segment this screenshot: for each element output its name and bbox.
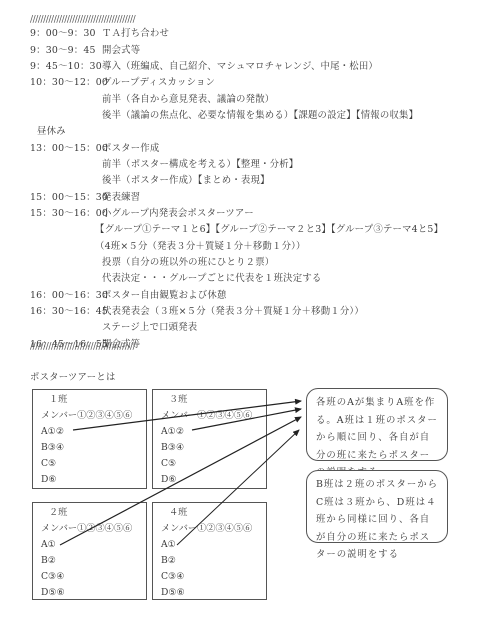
schedule-text: ポスター作成: [102, 143, 159, 154]
schedule-text: 前半（ポスター構成を考える）【整理・分析】: [102, 159, 298, 170]
schedule-time: 9：00〜9：30: [30, 26, 102, 42]
schedule-text: ＴＡ打ち合わせ: [102, 28, 169, 39]
schedule-row: 後半（議論の焦点化、必要な情報を集める）【課題の設定】【情報の収集】: [30, 108, 418, 124]
schedule-time: 9：30〜9：45: [30, 43, 102, 59]
schedule-time: 15：00〜15：30: [30, 190, 102, 206]
schedule-row: 投票（自分の班以外の班にひとり２票）: [30, 255, 274, 271]
poster-tour-heading: ポスターツアーとは: [30, 370, 116, 386]
schedule-text: ポスター自由観覧および休憩: [102, 290, 226, 301]
group-role-c: C③④: [41, 570, 65, 584]
group-role-b: B③④: [41, 441, 64, 455]
schedule-text: グループディスカッション: [102, 77, 215, 88]
group-role-a: A①: [161, 538, 176, 552]
group-role-d: D⑤⑥: [41, 586, 65, 600]
schedule-time: 10：30〜12：00: [30, 75, 102, 91]
schedule-text: 前半（各自から意見発表、議論の発散）: [102, 94, 274, 105]
schedule-row: 9：30〜9：45開会式等: [30, 43, 140, 59]
schedule-text: 導入（班編成、自己紹介、マシュマロチャレンジ、中尾・松田）: [102, 61, 378, 72]
schedule-text: 後半（ポスター作成）【まとめ・表現】: [102, 175, 270, 186]
schedule-text: 昼休み: [37, 126, 66, 137]
schedule-row: 10：30〜12：00グループディスカッション: [30, 75, 215, 91]
schedule-row: 9：45〜10：30導入（班編成、自己紹介、マシュマロチャレンジ、中尾・松田）: [30, 59, 378, 75]
schedule-text: 投票（自分の班以外の班にひとり２票）: [102, 257, 274, 268]
group-role-c: C⑤: [41, 457, 56, 471]
schedule-text: ステージ上で口頭発表: [102, 322, 197, 333]
group-role-d: D⑥: [161, 473, 177, 487]
group-name: １班: [49, 393, 67, 407]
schedule-time: 16：00〜16：30: [30, 288, 102, 304]
group-role-c: C③④: [161, 570, 185, 584]
group-role-c: C⑤: [161, 457, 176, 471]
schedule-row: 代表決定・・・グループごとに代表を１班決定する: [30, 271, 321, 287]
divider-bottom: ////////////////////////////////////////: [30, 339, 135, 355]
group-name: ３班: [169, 393, 187, 407]
schedule-row: 15：00〜15：30発表練習: [30, 190, 140, 206]
group-role-a: A①②: [161, 425, 184, 439]
group-role-b: B③④: [161, 441, 184, 455]
note-a-group: 各班のAが集まりA班を作る。A班は１班のポスターから順に回り、各自が自分の班に来…: [306, 388, 448, 461]
group-members: メンバー①②③④⑤⑥: [161, 409, 252, 423]
schedule-row: 16：00〜16：30ポスター自由観覧および休憩: [30, 288, 226, 304]
schedule-row: 16：30〜16：45代表発表会（３班×５分（発表３分＋質疑１分＋移動１分））: [30, 304, 364, 320]
schedule-time: 15：30〜16：00: [30, 206, 102, 222]
schedule-row: 前半（ポスター構成を考える）【整理・分析】: [30, 157, 298, 173]
schedule-row: 13：00〜15：00ポスター作成: [30, 141, 159, 157]
note-bcd-groups: B班は２班のポスターからC班は３班から、D班は４班から同様に回り、各自が自分の班…: [306, 470, 448, 543]
schedule-row: 後半（ポスター作成）【まとめ・表現】: [30, 173, 270, 189]
group-role-d: D⑥: [41, 473, 57, 487]
group-members: メンバー①②③④⑤⑥: [161, 522, 252, 536]
group-box-4: ４班 メンバー①②③④⑤⑥ A① B② C③④ D⑤⑥: [152, 502, 267, 600]
schedule-time: 9：45〜10：30: [30, 59, 102, 75]
document-page: ////////////////////////////////////////…: [0, 0, 490, 640]
group-role-a: A①②: [41, 425, 64, 439]
group-members: メンバー①②③④⑤⑥: [41, 522, 132, 536]
schedule-time: 13：00〜15：00: [30, 141, 102, 157]
lunch-break: 昼休み: [37, 124, 66, 140]
group-members: メンバー①②③④⑤⑥: [41, 409, 132, 423]
schedule-time: 16：30〜16：45: [30, 304, 102, 320]
group-role-a: A①: [41, 538, 56, 552]
schedule-text: 発表練習: [102, 192, 140, 203]
group-box-1: １班 メンバー①②③④⑤⑥ A①② B③④ C⑤ D⑥: [32, 389, 147, 489]
group-role-b: B②: [161, 554, 176, 568]
group-box-2: ２班 メンバー①②③④⑤⑥ A① B② C③④ D⑤⑥: [32, 502, 147, 600]
schedule-row: 15：30〜16：00小グループ内発表会ポスターツアー: [30, 206, 254, 222]
schedule-text: 開会式等: [102, 45, 140, 56]
schedule-text: 小グループ内発表会ポスターツアー: [102, 208, 254, 219]
group-name: ４班: [169, 506, 187, 520]
schedule-row: 9：00〜9：30ＴＡ打ち合わせ: [30, 26, 169, 42]
group-role-b: B②: [41, 554, 56, 568]
group-name: ２班: [49, 506, 67, 520]
schedule-row: ステージ上で口頭発表: [30, 320, 197, 336]
schedule-row: 前半（各自から意見発表、議論の発散）: [30, 92, 274, 108]
group-box-3: ３班 メンバー①②③④⑤⑥ A①② B③④ C⑤ D⑥: [152, 389, 267, 489]
schedule-text: 代表発表会（３班×５分（発表３分＋質疑１分＋移動１分））: [102, 306, 364, 317]
schedule-text: （4班×５分（発表３分＋質疑１分＋移動１分））: [95, 241, 306, 252]
schedule-row: （4班×５分（発表３分＋質疑１分＋移動１分））: [95, 239, 306, 255]
schedule-groups: 【グループ①テーマ１と6】【グループ②テーマ２と3】【グループ③テーマ4と5】: [95, 222, 443, 238]
schedule-text: 後半（議論の焦点化、必要な情報を集める）【課題の設定】【情報の収集】: [102, 110, 418, 121]
schedule-text: 【グループ①テーマ１と6】【グループ②テーマ２と3】【グループ③テーマ4と5】: [95, 224, 443, 235]
schedule-text: 代表決定・・・グループごとに代表を１班決定する: [102, 273, 321, 284]
group-role-d: D⑤⑥: [161, 586, 185, 600]
